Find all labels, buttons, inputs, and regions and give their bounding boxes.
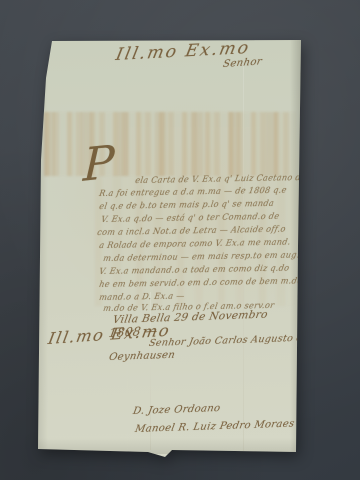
body-line: ela Carta de V. Ex.a q' Luiz Caetano da: [134, 173, 306, 186]
body-line: m.da determinou — em mais resp.to em aug…: [102, 250, 309, 264]
body-line: V. Ex.a q.do — está q' o ter Comand.o de: [100, 212, 280, 225]
body-line: com a incl.a Not.a de Letra — Alcaide of…: [96, 225, 286, 238]
header-salutation-suffix: Senhor: [222, 56, 263, 70]
body-line: mand.o a D. Ex.a —: [98, 291, 185, 303]
ink-bleedthrough-band: [44, 112, 296, 176]
manuscript-paper: Ill.mo Ex.mo Senhor P ela Carta de V. Ex…: [0, 0, 360, 480]
signature-line-2: Manoel R. Luiz Pedro Moraes: [134, 418, 295, 435]
paper-edge-shadow-bottom: [38, 438, 296, 454]
body-line: V. Ex.a mandand.o a toda em como diz q.d…: [98, 264, 290, 277]
body-line: he em bem servid.o em d.o como de bem m.…: [98, 276, 303, 290]
body-line: R.a foi entregue a d.a m.ma — de 1808 q.…: [98, 186, 287, 199]
body-line: el q.e de b.to tem mais p.lo q' se manda: [98, 199, 274, 212]
photo-background: Ill.mo Ex.mo Senhor P ela Carta de V. Ex…: [0, 0, 360, 480]
paper-edge-shadow-right: [290, 40, 301, 452]
paper-shadow-wrap: Ill.mo Ex.mo Senhor P ela Carta de V. Ex…: [0, 0, 360, 480]
body-line: a Rolada de empora como V. Ex.a me mand.: [98, 237, 291, 251]
initial-capital-letter: P: [82, 139, 115, 188]
addressee-name-line-2: Oeynhausen: [108, 350, 176, 363]
signature-line-1: D. Joze Ordoano: [132, 403, 221, 417]
paper-edge-shadow-left: [38, 41, 48, 451]
addressee-name-line: Senhor João Carlos Augusto de: [148, 332, 310, 349]
